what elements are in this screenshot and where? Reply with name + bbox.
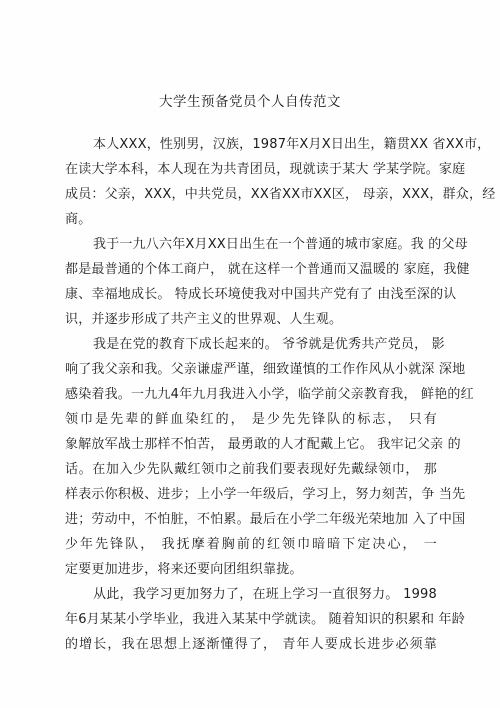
text-line: 识，并逐步形成了共产主义的世界观、人生观。 xyxy=(65,307,437,332)
text-line: 话。在加入少先队戴红领巾之前我们要表现好先戴绿领巾， 那 xyxy=(65,457,437,482)
text-line: 感染着我。一九九4年九月我进入小学，临学前父亲教育我， 鲜艳的红 xyxy=(65,382,437,407)
text-line: 我是在党的教育下成长起来的。 爷爷就是优秀共产党员， 影 xyxy=(65,332,437,357)
text-line: 我于一九八六年X月XX日出生在一个普通的城市家庭。我 的父母 xyxy=(65,232,437,257)
text-line: 少年先锋队， 我抚摩着胸前的红领巾暗暗下定决心， 一 xyxy=(65,532,437,557)
text-line: 从此，我学习更加努力了，在班上学习一直很努力。 1998 xyxy=(65,582,437,607)
text-line: 象解放军战士那样不怕苦， 最勇敢的人才配戴上它。 我牢记父亲 的 xyxy=(65,432,437,457)
text-line: 康、幸福地成长。 特成长环境使我对中国共产党有了 由浅至深的认 xyxy=(65,282,437,307)
text-line: 进；劳动中，不怕脏，不怕累。最后在小学二年级光荣地加 入了中国 xyxy=(65,507,437,532)
text-line: 本人XXX，性别男，汉族，1987年X月X日出生，籍贯XX 省XX市， xyxy=(65,132,437,157)
text-line: 在读大学本科，本人现在为共青团员，现就读于某大 学某学院。家庭 xyxy=(65,157,437,182)
text-line: 定要更加进步，将来还要向团组织靠拢。 xyxy=(65,557,437,582)
document-page: 大学生预备党员个人自传范文 本人XXX，性别男，汉族，1987年X月X日出生，籍… xyxy=(0,0,500,708)
text-line: 响了我父亲和我。父亲谦虚严谨，细致谨慎的工作作风从小就深 深地 xyxy=(65,357,437,382)
text-line: 商。 xyxy=(65,207,437,232)
document-title: 大学生预备党员个人自传范文 xyxy=(0,92,500,112)
text-line: 年6月某某小学毕业，我进入某某中学就读。 随着知识的积累和 年龄 xyxy=(65,607,437,632)
text-line: 都是最普通的个体工商户， 就在这样一个普通而又温暖的 家庭，我健 xyxy=(65,257,437,282)
text-line: 的增长，我在思想上逐渐懂得了， 青年人要成长进步必须靠 xyxy=(65,632,437,657)
text-line: 成员：父亲，XXX，中共党员，XX省XX市XX区， 母亲，XXX，群众，经 xyxy=(65,182,437,207)
document-body: 本人XXX，性别男，汉族，1987年X月X日出生，籍贯XX 省XX市，在读大学本… xyxy=(65,132,437,657)
text-line: 领巾是先辈的鲜血染红的， 是少先先锋队的标志， 只有 xyxy=(65,407,437,432)
text-line: 样表示你积极、进步；上小学一年级后，学习上，努力刻苦，争 当先 xyxy=(65,482,437,507)
